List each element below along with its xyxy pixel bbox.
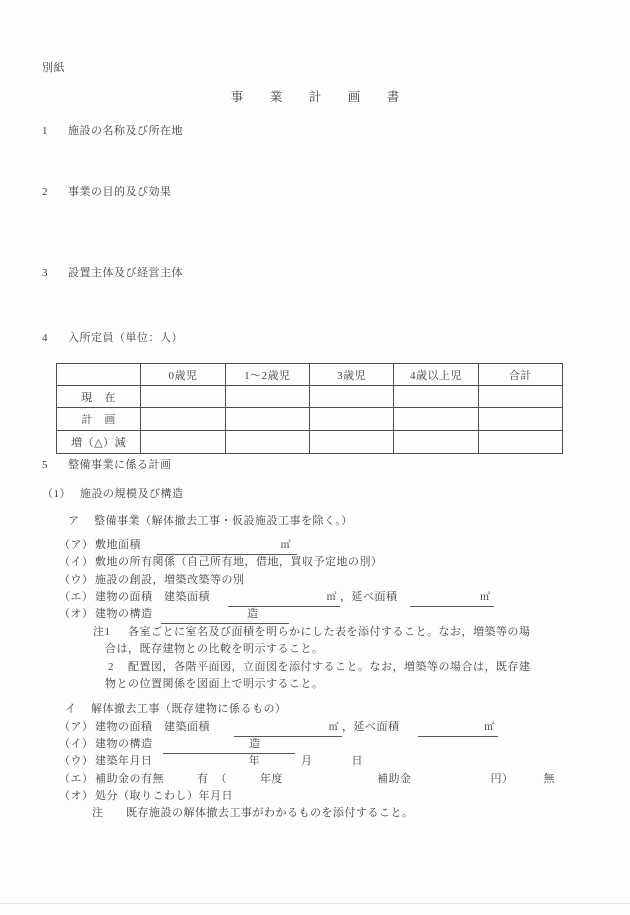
note-1-label: 注1 — [93, 625, 128, 640]
row-header-change: 増（△）減 — [57, 431, 141, 454]
item-label: （イ） — [59, 737, 95, 752]
corner-cell — [57, 364, 141, 386]
section-4-title: 入所定員（単位：人） — [68, 332, 183, 344]
structure-type-suffix: 造 — [247, 608, 289, 620]
note-b-text: 既存施設の解体撤去工事がわかるものを添付すること。 — [126, 807, 414, 819]
building-area-blank-field: ㎡ — [228, 590, 340, 607]
capacity-table-header-row: 0歳児 1～2歳児 3歳児 4歳以上児 合計 — [57, 364, 563, 386]
table-cell — [309, 386, 393, 408]
table-cell — [394, 386, 478, 408]
item-text: 敷地の所有関係（自己所有地，借地，買収予定地の別） — [95, 556, 383, 568]
item-text: 建物の構造 — [95, 738, 153, 750]
capacity-table: 0歳児 1～2歳児 3歳児 4歳以上児 合計 現 在 計 画 増（△）減 — [56, 363, 563, 454]
item-text-mid: ，延べ面積 — [342, 721, 400, 733]
year-label: 年 — [249, 755, 261, 767]
item-text: 補助金の有無 — [95, 773, 164, 785]
table-cell — [478, 408, 562, 431]
block-a-heading: ア整備事業（解体撤去工事・仮設施設工事を除く。） — [68, 514, 353, 529]
document-title: 事 業 計 画 書 — [0, 87, 630, 105]
col-header-age4plus: 4歳以上児 — [394, 364, 478, 386]
section-2-number: 2 — [42, 185, 68, 200]
table-cell — [141, 386, 225, 408]
block-a-title: 整備事業（解体撤去工事・仮設施設工事を除く。） — [94, 515, 353, 527]
item-label: （ウ） — [59, 754, 95, 769]
item-a-ownership: （イ）敷地の所有関係（自己所有地，借地，買収予定地の別） — [59, 555, 383, 570]
block-b-heading: イ解体撤去工事（既存建物に係るもの） — [65, 702, 287, 717]
section-5-title: 整備事業に係る計画 — [68, 459, 172, 471]
subsection-5-1-heading: （1）施設の規模及び構造 — [42, 487, 184, 502]
note-1-text-cont: 合は，既存建物との比較を明示すること。 — [105, 643, 324, 655]
section-4-number: 4 — [42, 331, 68, 346]
square-meter-unit: ㎡ — [281, 540, 298, 551]
yen-close-paren: 円） — [491, 773, 514, 785]
square-meter-unit: ㎡ — [327, 592, 341, 603]
item-label: （エ） — [59, 590, 95, 605]
table-cell — [225, 408, 309, 431]
item-label: （ウ） — [59, 573, 95, 588]
item-a-site-area: （ア）敷地面積㎡ — [59, 538, 297, 555]
block-b-label: イ — [65, 702, 91, 717]
section-5-number: 5 — [42, 458, 68, 473]
floor-area-blank-field: ㎡ — [418, 720, 498, 737]
floor-area-blank-field: ㎡ — [410, 590, 494, 607]
item-b-structure: （イ）建物の構造造 — [59, 737, 295, 754]
section-3-heading: 3設置主体及び経営主体 — [42, 266, 183, 281]
section-4-heading: 4入所定員（単位：人） — [42, 331, 183, 346]
subsidy-word-label: 補助金 — [377, 773, 412, 785]
subsection-5-1-title: 施設の規模及び構造 — [80, 488, 184, 500]
square-meter-unit: ㎡ — [480, 592, 494, 603]
block-b-title: 解体撤去工事（既存建物に係るもの） — [91, 703, 287, 715]
item-text-mid: ，延べ面積 — [340, 591, 398, 603]
note-2-label: 2 — [108, 660, 128, 675]
note-2-text-cont: 物との位置関係を図面上で明示すること。 — [105, 678, 324, 690]
item-text: 敷地面積 — [95, 539, 141, 551]
fiscal-year-label: 年度 — [260, 773, 283, 785]
note-b: 注既存施設の解体撤去工事がわかるものを添付すること。 — [92, 806, 414, 821]
note-2-text: 配置図，各階平面図，立面図を添付すること。なお，増築等の場合は，既存建 — [128, 661, 531, 673]
table-cell — [141, 431, 225, 454]
col-header-age0: 0歳児 — [141, 364, 225, 386]
block-a-label: ア — [68, 514, 94, 529]
item-b-building-area: （ア）建物の面積 建築面積㎡，延べ面積㎡ — [59, 720, 498, 737]
col-header-total: 合計 — [478, 364, 562, 386]
table-cell — [478, 386, 562, 408]
item-b-disposal: （オ）処分（取りこわし）年月日 — [59, 789, 233, 804]
day-label: 日 — [352, 755, 364, 767]
col-header-age3: 3歳児 — [309, 364, 393, 386]
section-2-heading: 2事業の目的及び効果 — [42, 185, 172, 200]
table-cell — [309, 431, 393, 454]
item-text: 建築年月日 — [95, 755, 153, 767]
capacity-row-current: 現 在 — [57, 386, 563, 408]
row-header-current: 現 在 — [57, 386, 141, 408]
table-cell — [141, 408, 225, 431]
item-b-subsidy: （エ）補助金の有無有（年度補助金円）無 — [59, 772, 555, 787]
structure-type-suffix: 造 — [249, 738, 295, 750]
month-label: 月 — [301, 755, 313, 767]
item-a-creation: （ウ）施設の創設，増築改築等の別 — [59, 573, 245, 588]
item-label: （ア） — [59, 538, 95, 553]
item-label: （オ） — [59, 607, 95, 622]
row-header-planned: 計 画 — [57, 408, 141, 431]
item-text: 建物の構造 — [95, 608, 153, 620]
subsidy-yes-label: 有 — [197, 773, 209, 785]
table-cell — [225, 431, 309, 454]
section-5-heading: 5整備事業に係る計画 — [42, 458, 172, 473]
table-cell — [394, 431, 478, 454]
subsection-5-1-label: （1） — [42, 487, 80, 502]
open-paren: （ — [216, 773, 228, 785]
item-text: 施設の創設，増築改築等の別 — [95, 574, 245, 586]
building-area-blank-field: ㎡ — [234, 720, 342, 737]
capacity-row-planned: 計 画 — [57, 408, 563, 431]
square-meter-unit: ㎡ — [484, 722, 498, 733]
note-2-line-1: 2配置図，各階平面図，立面図を添付すること。なお，増築等の場合は，既存建 — [108, 660, 531, 675]
note-1-line-2: 合は，既存建物との比較を明示すること。 — [105, 642, 324, 657]
note-1-line-1: 注1各室ごとに室名及び面積を明らかにした表を添付すること。なお，増築等の場 — [93, 625, 531, 640]
item-label: （オ） — [59, 789, 95, 804]
square-meter-unit: ㎡ — [329, 722, 343, 733]
structure-blank-field: 造 — [161, 607, 289, 624]
item-label: （エ） — [59, 772, 95, 787]
note-1-text: 各室ごとに室名及び面積を明らかにした表を添付すること。なお，増築等の場 — [128, 626, 531, 638]
item-label: （イ） — [59, 555, 95, 570]
section-3-number: 3 — [42, 266, 68, 281]
page-bottom-edge — [0, 903, 630, 904]
item-a-building-area: （エ）建物の面積 建築面積㎡，延べ面積㎡ — [59, 590, 494, 607]
item-text: 処分（取りこわし）年月日 — [95, 790, 233, 802]
section-1-number: 1 — [42, 124, 68, 139]
item-a-structure: （オ）建物の構造造 — [59, 607, 289, 624]
table-cell — [225, 386, 309, 408]
section-1-title: 施設の名称及び所在地 — [68, 125, 183, 137]
section-2-title: 事業の目的及び効果 — [68, 186, 172, 198]
site-area-blank-field: ㎡ — [157, 538, 297, 555]
structure-blank-field: 造 — [163, 737, 295, 754]
subsidy-no-label: 無 — [544, 773, 556, 785]
item-text: 建物の面積 建築面積 — [95, 591, 210, 603]
section-3-title: 設置主体及び経営主体 — [68, 267, 183, 279]
table-cell — [394, 408, 478, 431]
table-cell — [309, 408, 393, 431]
col-header-age1-2: 1～2歳児 — [225, 364, 309, 386]
note-b-label: 注 — [92, 806, 126, 821]
item-b-built-date: （ウ）建築年月日年月日 — [59, 754, 363, 769]
attachment-label: 別紙 — [42, 61, 65, 76]
section-1-heading: 1施設の名称及び所在地 — [42, 124, 183, 139]
table-cell — [478, 431, 562, 454]
item-text: 建物の面積 建築面積 — [95, 721, 210, 733]
note-2-line-2: 物との位置関係を図面上で明示すること。 — [105, 677, 324, 692]
capacity-row-change: 増（△）減 — [57, 431, 563, 454]
item-label: （ア） — [59, 720, 95, 735]
document-page: 別紙 事 業 計 画 書 1施設の名称及び所在地 2事業の目的及び効果 3設置主… — [0, 0, 630, 915]
